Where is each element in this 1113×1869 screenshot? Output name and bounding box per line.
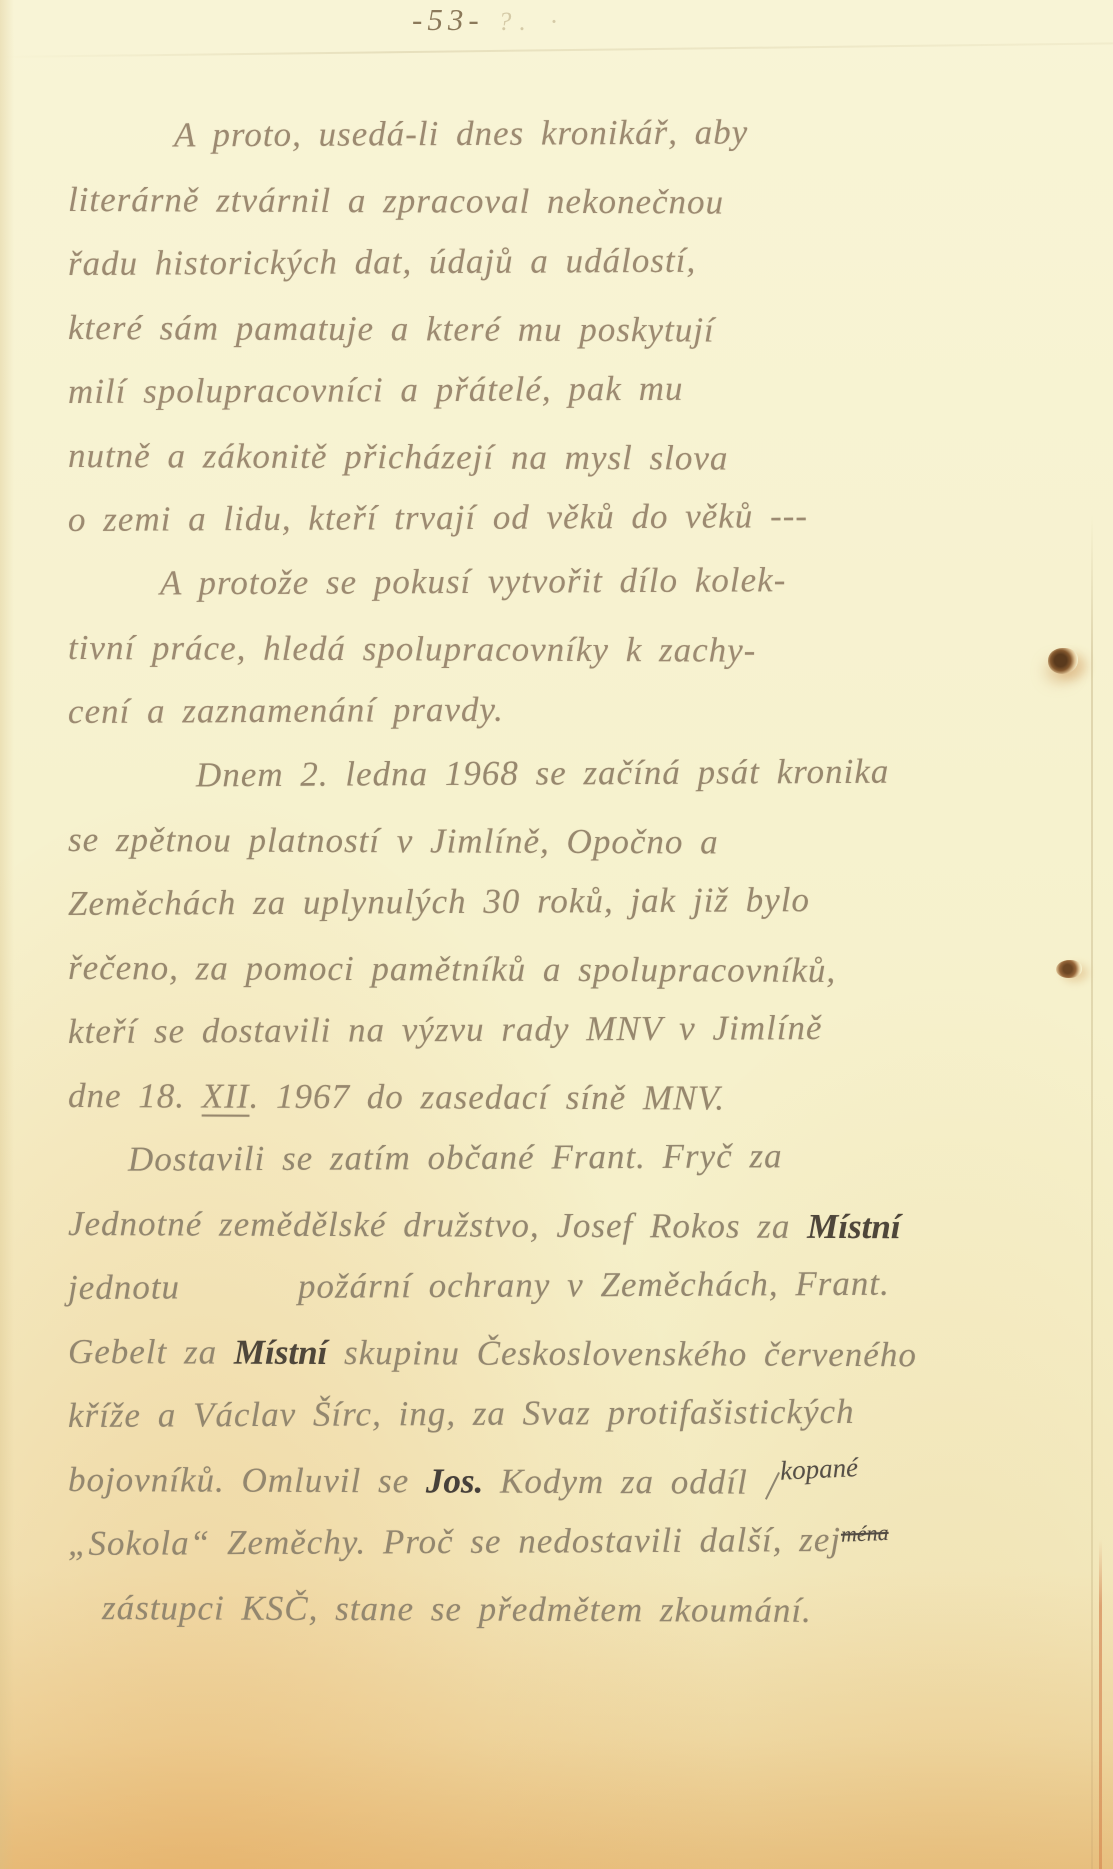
segment: bojovníků. Omluvil se (68, 1460, 426, 1500)
paragraph-2: A protože se pokusí vytvořit dílo kolek-… (68, 552, 1078, 744)
text-line: řadu historických dat, údajů a událostí, (68, 227, 1078, 296)
handwritten-text-block: A proto, usedá-li dnes kronikář, aby lit… (68, 104, 1078, 1640)
text-line: Gebelt za Místní skupinu Československéh… (68, 1320, 1078, 1388)
text-line: cení a zaznamenání pravdy. (68, 675, 1078, 744)
text-line: bojovníků. Omluvil se Jos. Kodym za oddí… (68, 1448, 1078, 1516)
segment: Kodym za oddíl (483, 1462, 764, 1502)
segment: „Sokola“ Zeměchy. Proč se nedostavili da… (68, 1520, 841, 1563)
segment: skupinu Československého červeného (327, 1333, 917, 1374)
inserted-word: kopané (778, 1435, 859, 1503)
underlined-roman-numeral: XII (202, 1077, 250, 1116)
text-line: tivní práce, hledá spolupracovníky k zac… (68, 616, 1078, 684)
text-line: jednotupožární ochrany v Zeměchách, Fran… (68, 1251, 1078, 1320)
paragraph-1: A proto, usedá-li dnes kronikář, aby lit… (68, 104, 1078, 552)
text-line: A proto, usedá-li dnes kronikář, aby (68, 99, 1078, 168)
text-line: literárně ztvárnil a zpracoval nekonečno… (68, 168, 1078, 236)
overwritten-word: Místní (807, 1207, 901, 1246)
paper-crease-right (1091, 515, 1093, 1869)
text-line: „Sokola“ Zeměchy. Proč se nedostavili da… (68, 1507, 1078, 1576)
insertion-caret-mark (764, 1472, 779, 1500)
text-line: kteří se dostavili na výzvu rady MNV v J… (68, 995, 1078, 1064)
text-line: milí spolupracovníci a přátelé, pak mu (68, 355, 1078, 424)
page-number-value: -53- (412, 2, 484, 37)
text-line: Zeměchách za uplynulých 30 roků, jak již… (68, 867, 1078, 936)
paper-crease-top (0, 42, 1113, 58)
page-number-faint-marks: ?. · (498, 7, 565, 36)
segment: jednotu (68, 1267, 180, 1307)
text-line: které sám pamatuje a které mu poskytují (68, 296, 1078, 364)
chronicle-page: -53- ?. · A proto, usedá-li dnes kroniká… (0, 0, 1113, 1869)
text-line: o zemi a lidu, kteří trvají od věků do v… (68, 483, 1078, 552)
segment: Gebelt za (68, 1332, 234, 1372)
text-line: Dnem 2. ledna 1968 se začíná psát kronik… (68, 739, 1078, 808)
segment: požární ochrany v Zeměchách, Frant. (298, 1264, 890, 1306)
text-line: Dostavili se zatím občané Frant. Fryč za (68, 1123, 1078, 1192)
ink-stain-spot-small (1056, 960, 1082, 978)
paper-edge-line (1099, 1540, 1102, 1869)
blank-gap (180, 1298, 298, 1299)
date-post: . 1967 do zasedací síně MNV. (249, 1077, 725, 1118)
paragraph-4: Dostavili se zatím občané Frant. Fryč za… (68, 1128, 1078, 1640)
text-line: řečeno, za pomoci pamětníků a spolupraco… (68, 936, 1078, 1004)
paper-edge-shading (0, 0, 14, 1869)
text-line: kříže a Václav Šírc, ing, za Svaz protif… (68, 1379, 1078, 1448)
inserted-correction-word: ména (840, 1501, 890, 1567)
paragraph-3: Dnem 2. ledna 1968 se začíná psát kronik… (68, 744, 1078, 1128)
text-line: se zpětnou platností v Jimlíně, Opočno a (68, 808, 1078, 876)
text-line: A protože se pokusí vytvořit dílo kolek- (68, 547, 1078, 616)
text-line-date: dne 18. XII. 1967 do zasedací síně MNV. (68, 1064, 1078, 1132)
segment: Jednotné zemědělské družstvo, Josef Roko… (68, 1204, 807, 1246)
date-pre: dne 18. (68, 1076, 202, 1116)
text-line: nutně a zákonitě přicházejí na mysl slov… (68, 424, 1078, 492)
text-line: zástupci KSČ, stane se předmětem zkoumán… (68, 1576, 1078, 1644)
dark-ink-name: Jos. (426, 1461, 484, 1500)
text-line: Jednotné zemědělské družstvo, Josef Roko… (68, 1192, 1078, 1260)
overwritten-word: Místní (234, 1333, 328, 1372)
page-number: -53- ?. · (412, 2, 565, 38)
